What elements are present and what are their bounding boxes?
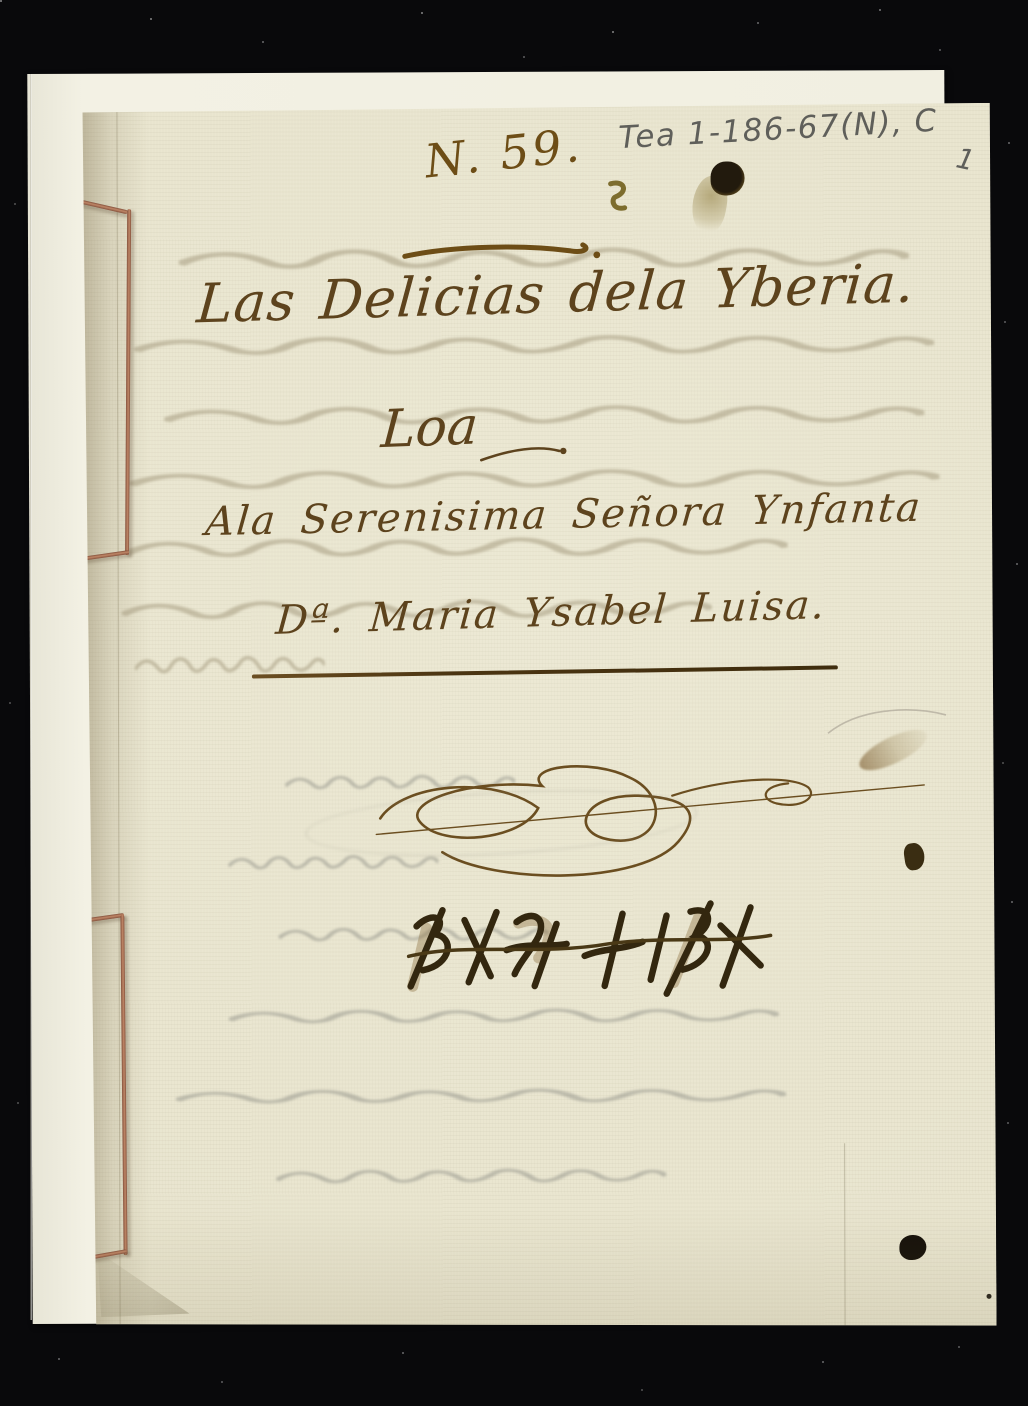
binding-thread-lower-vertical <box>120 915 127 1255</box>
showthrough-line <box>176 1085 786 1105</box>
stain-tiny-dot <box>987 1294 992 1299</box>
binding-thread-upper-vertical <box>125 209 131 555</box>
genre-swash-stroke <box>479 442 571 466</box>
folio-number: 1 <box>953 141 977 177</box>
dogear-fold-shadow <box>97 1251 189 1317</box>
spine-fold-line <box>116 105 120 1329</box>
crossed-inscription-strokes <box>398 897 778 1003</box>
showthrough-line <box>229 1005 779 1024</box>
ink-squiggle <box>607 180 633 216</box>
manuscript-page: Tea 1-186-67(N), C 1 N. 59. Las Delicias… <box>78 103 996 1329</box>
dust-speckles <box>0 0 2 2</box>
under-leaf-crease <box>30 74 32 1320</box>
page-crease <box>844 1143 845 1329</box>
title-rule <box>252 665 838 678</box>
pencil-arc <box>826 705 950 739</box>
dedication-line-1: Ala Serenisima Señora Ynfanta <box>204 485 924 545</box>
binding-thread-upper-top <box>78 199 128 214</box>
pencil-shelfmark: Tea 1-186-67(N), C <box>618 103 939 157</box>
dedication-line-2: Dª. Maria Ysabel Luisa. <box>274 582 828 644</box>
genre-line: Loa <box>379 396 480 460</box>
ink-blot <box>711 161 745 195</box>
showthrough-line <box>276 1166 666 1185</box>
scan-background: { "manuscript": { "archival_number": "N.… <box>0 0 1028 1406</box>
archival-number: N. 59. <box>422 118 585 189</box>
showthrough-line <box>164 401 924 427</box>
stain-black-dot <box>899 1235 926 1260</box>
showthrough-line <box>134 331 934 357</box>
showthrough-line <box>135 653 325 675</box>
